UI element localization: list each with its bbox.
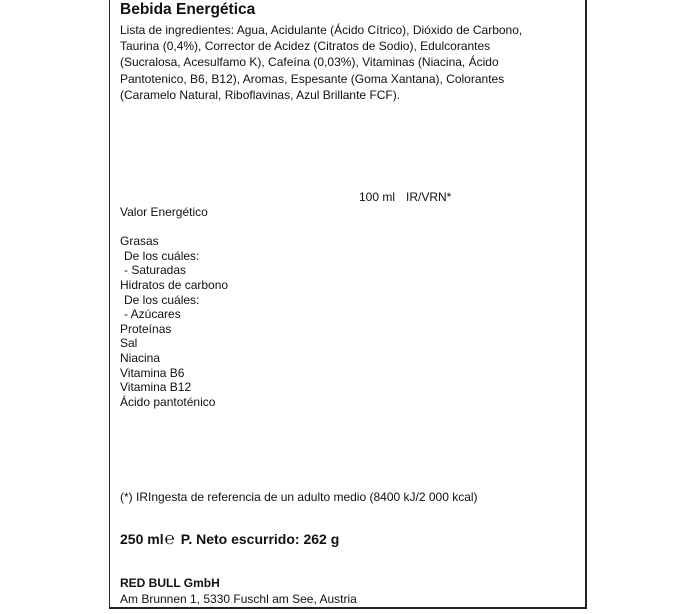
nutrient-name: - Azúcares xyxy=(124,307,181,322)
nutrient-name: De los cuáles: xyxy=(124,249,199,264)
product-title: Bebida Energética xyxy=(120,1,255,19)
ingredients-line: Taurina (0,4%), Corrector de Acidez (Cit… xyxy=(120,38,580,54)
manufacturer-address: Am Brunnen 1, 5330 Fuschl am See, Austri… xyxy=(120,592,357,606)
ingredients-line: (Sucralosa, Acesulfamo K), Cafeína (0,03… xyxy=(120,54,580,70)
nutrient-name: Vitamina B12 xyxy=(120,380,191,395)
nutrient-name: Niacina xyxy=(120,351,160,366)
manufacturer-name: RED BULL GmbH xyxy=(120,576,220,590)
reference-intake-header: IR/VRN* xyxy=(406,190,451,205)
ingredients-line: (Caramelo Natural, Riboflavinas, Azul Br… xyxy=(120,87,580,103)
nutrient-name: Sal xyxy=(120,336,137,351)
nutrient-name: Grasas xyxy=(120,234,159,249)
nutrient-name: De los cuáles: xyxy=(124,293,199,308)
volume: 250 ml xyxy=(120,531,164,547)
nutrient-name: Valor Energético xyxy=(120,205,208,220)
drained-weight: P. Neto escurrido: 262 g xyxy=(181,531,339,547)
nutrient-name: Proteínas xyxy=(120,322,171,337)
net-quantity: 250 ml℮P. Neto escurrido: 262 g xyxy=(120,529,339,549)
nutrient-name: Vitamina B6 xyxy=(120,366,184,381)
ingredients-line: Lista de ingredientes: Agua, Acidulante … xyxy=(120,22,580,38)
per-100ml-header: 100 ml xyxy=(359,190,395,205)
reference-intake-footnote: (*) IRIngesta de referencia de un adulto… xyxy=(120,490,478,504)
nutrient-name: Hidratos de carbono xyxy=(120,278,228,293)
nutrient-name: Ácido pantoténico xyxy=(120,395,215,410)
ingredients-line: Pantotenico, B6, B12), Aromas, Espesante… xyxy=(120,71,580,87)
nutrient-name: - Saturadas xyxy=(124,263,186,278)
estimated-sign-icon: ℮ xyxy=(165,529,175,548)
ingredients-list: Lista de ingredientes: Agua, Acidulante … xyxy=(120,22,580,103)
